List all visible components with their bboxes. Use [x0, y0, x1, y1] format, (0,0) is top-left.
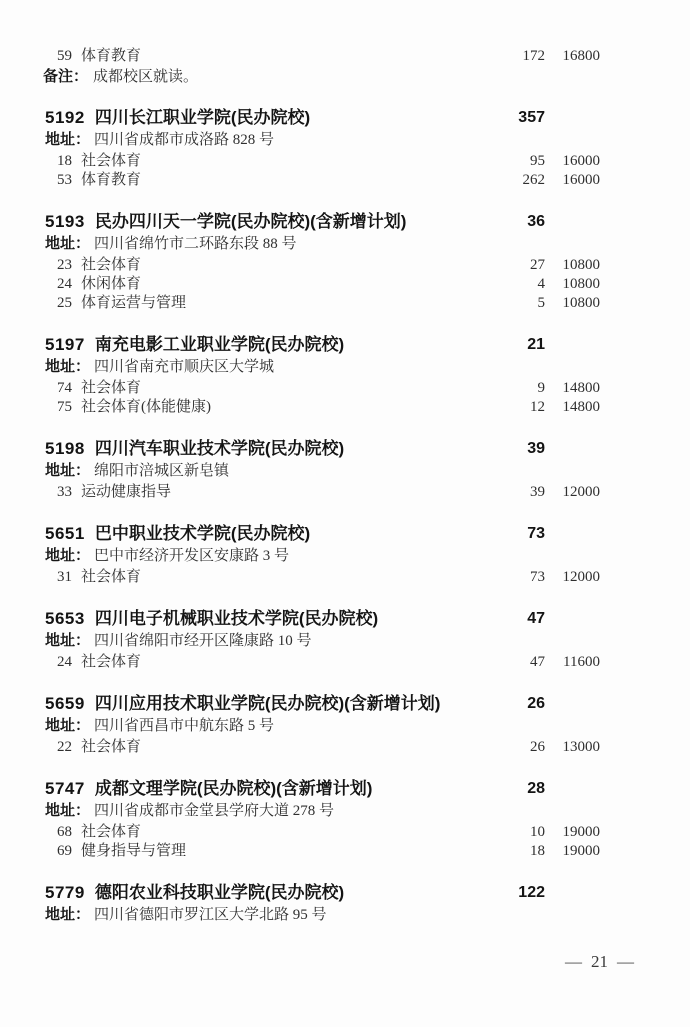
address-label: 地址：: [45, 358, 90, 375]
major-tuition-fee: 10800: [563, 275, 601, 294]
college-code: 5747: [45, 779, 85, 798]
address-label: 地址：: [45, 131, 90, 148]
major-plan-count: 27: [530, 256, 545, 275]
address-row: 地址：四川省成都市金堂县学府大道 278 号: [0, 801, 690, 821]
major-tuition-fee: 12000: [563, 483, 601, 502]
major-tuition-fee: 10800: [563, 294, 601, 313]
major-tuition-fee: 11600: [563, 653, 600, 672]
college-header: 5653四川电子机械职业技术学院(民办院校) 47: [0, 607, 690, 631]
major-name: 健身指导与管理: [81, 843, 186, 859]
major-plan-count: 5: [538, 294, 546, 313]
college-section: 5747成都文理学院(民办院校)(含新增计划) 28 地址：四川省成都市金堂县学…: [0, 777, 690, 861]
major-plan-count: 12: [530, 398, 545, 417]
major-code: 33: [55, 483, 72, 502]
address-text: 四川省绵竹市二环路东段 88 号: [94, 236, 297, 252]
college-section: 5779德阳农业科技职业学院(民办院校) 122 地址：四川省德阳市罗江区大学北…: [0, 881, 690, 925]
remark-label: 备注：: [43, 68, 88, 85]
college-section: 5192四川长江职业学院(民办院校) 357 地址：四川省成都市成洛路 828 …: [0, 106, 690, 190]
major-plan-count: 47: [530, 653, 545, 672]
major-row: 33运动健康指导 39 12000: [0, 483, 690, 502]
major-name: 社会体育: [81, 380, 141, 396]
college-name: 巴中职业技术学院(民办院校): [95, 524, 310, 543]
college-header: 5197南充电影工业职业学院(民办院校) 21: [0, 333, 690, 357]
major-tuition-fee: 14800: [563, 379, 601, 398]
major-tuition-fee: 16000: [563, 171, 601, 190]
college-total-count: 26: [527, 692, 545, 716]
majors-list: 68社会体育 10 19000 69健身指导与管理 18 19000: [0, 823, 690, 861]
major-tuition-fee: 14800: [563, 398, 601, 417]
address-row: 地址：四川省绵阳市经开区隆康路 10 号: [0, 631, 690, 651]
college-name: 四川汽车职业技术学院(民办院校): [95, 439, 344, 458]
major-code: 59: [55, 47, 72, 66]
college-header: 5747成都文理学院(民办院校)(含新增计划) 28: [0, 777, 690, 801]
major-row: 23社会体育 27 10800: [0, 256, 690, 275]
address-row: 地址：四川省南充市顺庆区大学城: [0, 357, 690, 377]
address-label: 地址：: [45, 547, 90, 564]
college-total-count: 122: [518, 881, 545, 905]
college-code: 5653: [45, 609, 85, 628]
major-name: 社会体育: [81, 569, 141, 585]
major-plan-count: 9: [538, 379, 546, 398]
majors-list: 33运动健康指导 39 12000: [0, 483, 690, 502]
major-plan-count: 18: [530, 842, 545, 861]
address-text: 四川省成都市成洛路 828 号: [94, 132, 274, 148]
college-code: 5651: [45, 524, 85, 543]
remark-text: 成都校区就读。: [93, 69, 198, 85]
address-label: 地址：: [45, 802, 90, 819]
major-code: 22: [55, 738, 72, 757]
major-name: 社会体育: [81, 654, 141, 670]
college-header: 5779德阳农业科技职业学院(民办院校) 122: [0, 881, 690, 905]
college-header: 5193民办四川天一学院(民办院校)(含新增计划) 36: [0, 210, 690, 234]
address-label: 地址：: [45, 632, 90, 649]
footer-right-dash: —: [617, 952, 634, 971]
major-tuition-fee: 10800: [563, 256, 601, 275]
majors-list: 31社会体育 73 12000: [0, 568, 690, 587]
major-name: 运动健康指导: [81, 484, 171, 500]
major-code: 74: [55, 379, 72, 398]
major-row: 24休闲体育 4 10800: [0, 275, 690, 294]
major-tuition-fee: 12000: [563, 568, 601, 587]
page-number-footer: —21—: [556, 952, 643, 972]
address-row: 地址：四川省成都市成洛路 828 号: [0, 130, 690, 150]
address-label: 地址：: [45, 462, 90, 479]
college-name: 民办四川天一学院(民办院校)(含新增计划): [95, 212, 407, 231]
address-label: 地址：: [45, 235, 90, 252]
majors-list: 24社会体育 47 11600: [0, 653, 690, 672]
college-code: 5193: [45, 212, 85, 231]
major-name: 社会体育: [81, 153, 141, 169]
college-code: 5192: [45, 108, 85, 127]
major-code: 24: [55, 275, 72, 294]
major-plan-count: 39: [530, 483, 545, 502]
college-total-count: 73: [527, 522, 545, 546]
college-name: 四川长江职业学院(民办院校): [95, 108, 310, 127]
college-name: 成都文理学院(民办院校)(含新增计划): [95, 779, 373, 798]
major-tuition-fee: 16000: [563, 152, 601, 171]
address-text: 四川省绵阳市经开区隆康路 10 号: [94, 633, 312, 649]
major-code: 25: [55, 294, 72, 313]
college-name: 德阳农业科技职业学院(民办院校): [95, 883, 344, 902]
major-row: 24社会体育 47 11600: [0, 653, 690, 672]
major-plan-count: 262: [523, 171, 546, 190]
major-plan-count: 26: [530, 738, 545, 757]
majors-list: 74社会体育 9 14800 75社会体育(体能健康) 12 14800: [0, 379, 690, 417]
major-row: 68社会体育 10 19000: [0, 823, 690, 842]
address-text: 四川省西昌市中航东路 5 号: [94, 718, 274, 734]
college-section: 5198四川汽车职业技术学院(民办院校) 39 地址：绵阳市涪城区新皂镇 33运…: [0, 437, 690, 502]
major-row: 25体育运营与管理 5 10800: [0, 294, 690, 313]
college-section: 5653四川电子机械职业技术学院(民办院校) 47 地址：四川省绵阳市经开区隆康…: [0, 607, 690, 672]
college-header: 5192四川长江职业学院(民办院校) 357: [0, 106, 690, 130]
major-code: 53: [55, 171, 72, 190]
college-total-count: 21: [527, 333, 545, 357]
major-plan-count: 172: [523, 47, 546, 66]
major-row: 59体育教育 172 16800: [0, 47, 690, 66]
college-section: 5197南充电影工业职业学院(民办院校) 21 地址：四川省南充市顺庆区大学城 …: [0, 333, 690, 417]
college-section: 5659四川应用技术职业学院(民办院校)(含新增计划) 26 地址：四川省西昌市…: [0, 692, 690, 757]
address-label: 地址：: [45, 906, 90, 923]
major-row: 31社会体育 73 12000: [0, 568, 690, 587]
address-row: 地址：巴中市经济开发区安康路 3 号: [0, 546, 690, 566]
college-total-count: 36: [527, 210, 545, 234]
college-name: 四川电子机械职业技术学院(民办院校): [95, 609, 378, 628]
major-code: 24: [55, 653, 72, 672]
major-name: 社会体育: [81, 824, 141, 840]
address-label: 地址：: [45, 717, 90, 734]
footer-left-dash: —: [565, 952, 582, 971]
majors-list: 18社会体育 95 16000 53体育教育 262 16000: [0, 152, 690, 190]
major-code: 75: [55, 398, 72, 417]
college-total-count: 357: [518, 106, 545, 130]
major-code: 69: [55, 842, 72, 861]
major-name: 体育运营与管理: [81, 295, 186, 311]
major-name: 社会体育(体能健康): [81, 399, 211, 415]
carryover-section: 59体育教育 172 16800 备注：成都校区就读。: [0, 47, 690, 86]
major-code: 18: [55, 152, 72, 171]
college-code: 5659: [45, 694, 85, 713]
majors-list: 23社会体育 27 10800 24休闲体育 4 10800 25体育运营与管理…: [0, 256, 690, 313]
major-code: 23: [55, 256, 72, 275]
address-row: 地址：四川省德阳市罗江区大学北路 95 号: [0, 905, 690, 925]
major-row: 18社会体育 95 16000: [0, 152, 690, 171]
college-header: 5659四川应用技术职业学院(民办院校)(含新增计划) 26: [0, 692, 690, 716]
address-text: 四川省南充市顺庆区大学城: [94, 359, 274, 375]
college-total-count: 28: [527, 777, 545, 801]
document-page: 59体育教育 172 16800 备注：成都校区就读。 5192四川长江职业学院…: [0, 0, 690, 925]
major-tuition-fee: 13000: [563, 738, 601, 757]
college-section: 5651巴中职业技术学院(民办院校) 73 地址：巴中市经济开发区安康路 3 号…: [0, 522, 690, 587]
address-text: 巴中市经济开发区安康路 3 号: [94, 548, 289, 564]
major-code: 68: [55, 823, 72, 842]
major-name: 体育教育: [81, 172, 141, 188]
remark-row: 备注：成都校区就读。: [0, 67, 690, 86]
major-code: 31: [55, 568, 72, 587]
college-code: 5779: [45, 883, 85, 902]
address-text: 绵阳市涪城区新皂镇: [94, 463, 229, 479]
page-number: 21: [591, 952, 608, 971]
college-total-count: 39: [527, 437, 545, 461]
major-name: 休闲体育: [81, 276, 141, 292]
major-name: 社会体育: [81, 739, 141, 755]
college-header: 5198四川汽车职业技术学院(民办院校) 39: [0, 437, 690, 461]
major-tuition-fee: 16800: [563, 47, 601, 66]
major-plan-count: 4: [538, 275, 546, 294]
major-row: 75社会体育(体能健康) 12 14800: [0, 398, 690, 417]
college-section: 5193民办四川天一学院(民办院校)(含新增计划) 36 地址：四川省绵竹市二环…: [0, 210, 690, 313]
address-row: 地址：绵阳市涪城区新皂镇: [0, 461, 690, 481]
address-text: 四川省成都市金堂县学府大道 278 号: [94, 803, 334, 819]
address-text: 四川省德阳市罗江区大学北路 95 号: [94, 907, 327, 923]
major-tuition-fee: 19000: [563, 823, 601, 842]
college-name: 四川应用技术职业学院(民办院校)(含新增计划): [95, 694, 441, 713]
major-plan-count: 10: [530, 823, 545, 842]
college-header: 5651巴中职业技术学院(民办院校) 73: [0, 522, 690, 546]
major-tuition-fee: 19000: [563, 842, 601, 861]
major-row: 22社会体育 26 13000: [0, 738, 690, 757]
address-row: 地址：四川省绵竹市二环路东段 88 号: [0, 234, 690, 254]
college-code: 5197: [45, 335, 85, 354]
major-row: 69健身指导与管理 18 19000: [0, 842, 690, 861]
major-row: 53体育教育 262 16000: [0, 171, 690, 190]
address-row: 地址：四川省西昌市中航东路 5 号: [0, 716, 690, 736]
major-plan-count: 73: [530, 568, 545, 587]
major-name: 体育教育: [81, 48, 141, 64]
college-total-count: 47: [527, 607, 545, 631]
major-row: 74社会体育 9 14800: [0, 379, 690, 398]
college-code: 5198: [45, 439, 85, 458]
major-plan-count: 95: [530, 152, 545, 171]
college-name: 南充电影工业职业学院(民办院校): [95, 335, 344, 354]
major-name: 社会体育: [81, 257, 141, 273]
majors-list: 22社会体育 26 13000: [0, 738, 690, 757]
